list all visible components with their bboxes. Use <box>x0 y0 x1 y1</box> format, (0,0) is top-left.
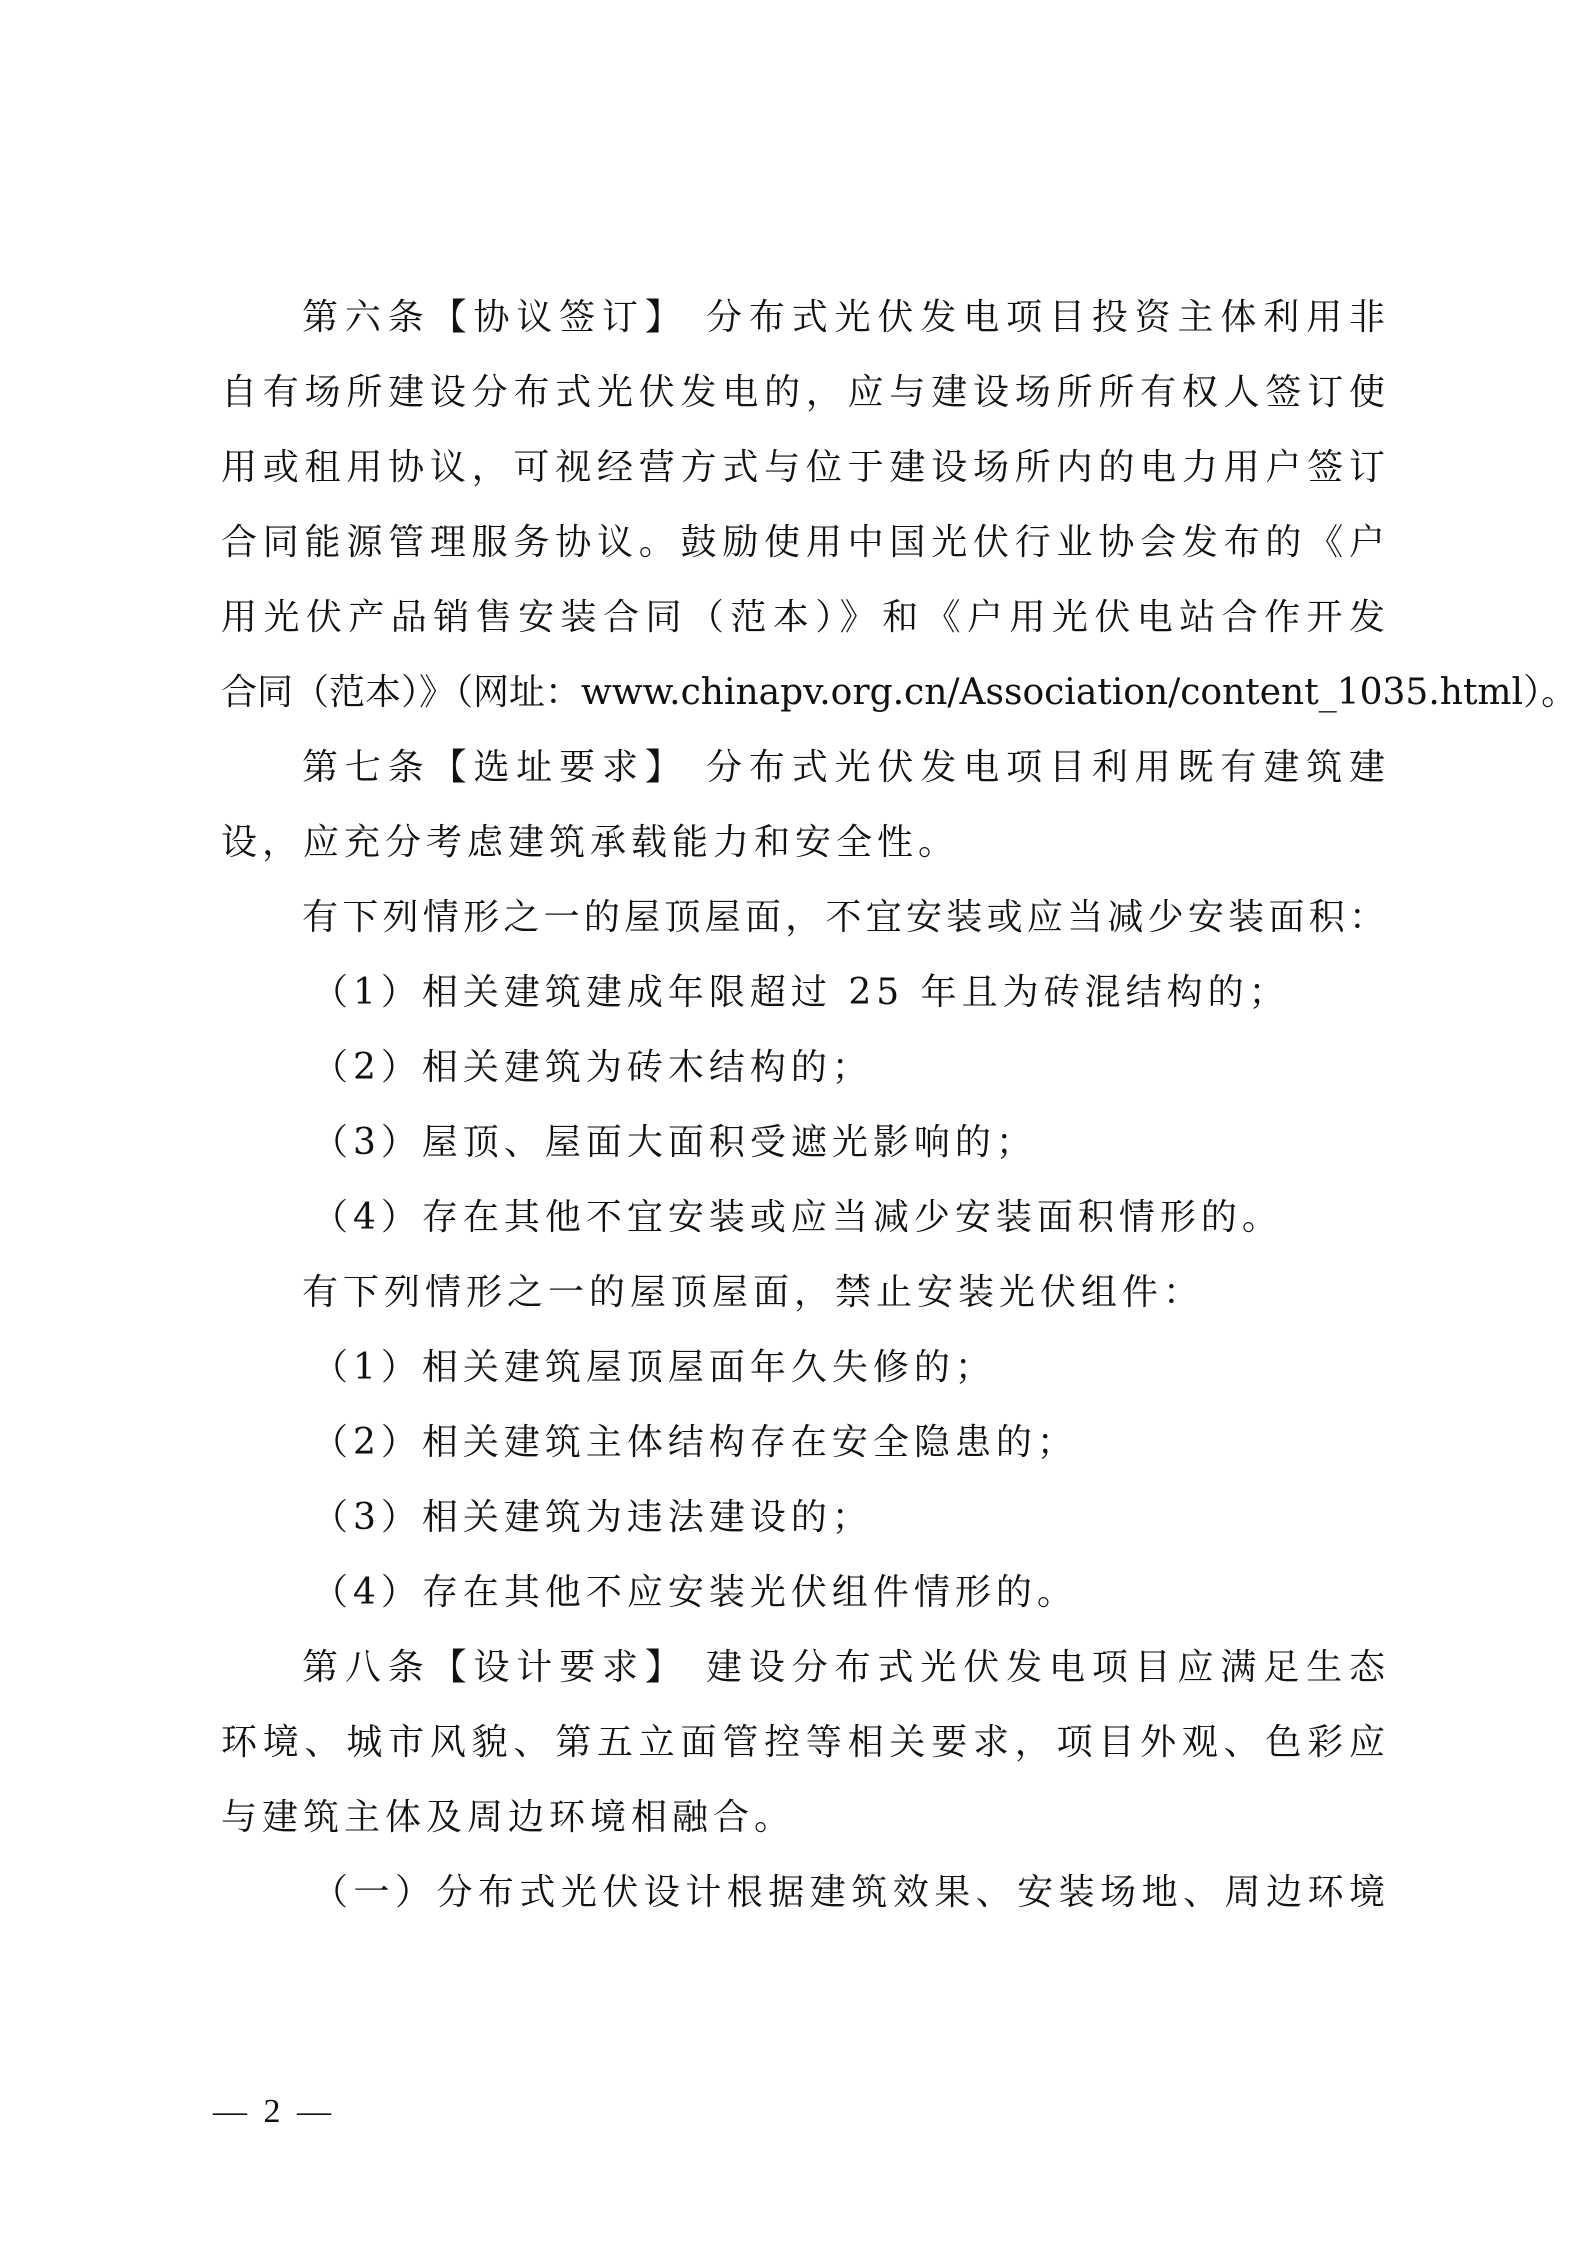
article-8-line-1: 第八条【设计要求】 建设分布式光伏发电项目应满足生态 <box>302 1638 1385 1698</box>
not-recommended-item-2: （2）相关建筑为砖木结构的； <box>312 1038 873 1098</box>
document-page: 第六条【协议签订】 分布式光伏发电项目投资主体利用非 自有场所建设分布式光伏发电… <box>0 0 1587 2245</box>
not-recommended-item-4: （4）存在其他不宜安装或应当减少安装面积情形的。 <box>312 1188 1283 1248</box>
article-7-line-2: 设，应充分考虑建筑承载能力和安全性。 <box>221 813 959 873</box>
article-8-line-2: 环境、城市风貌、第五立面管控等相关要求，项目外观、色彩应 <box>221 1713 1385 1773</box>
article-6-line-6-url: 合同（范本）》（网址：www.chinapv.org.cn/Associatio… <box>221 663 1385 723</box>
article-6-line-1: 第六条【协议签订】 分布式光伏发电项目投资主体利用非 <box>302 288 1385 348</box>
prohibited-item-3: （3）相关建筑为违法建设的； <box>312 1488 873 1548</box>
prohibited-item-2: （2）相关建筑主体结构存在安全隐患的； <box>312 1413 1078 1473</box>
article-6-line-5: 用光伏产品销售安装合同（范本）》和《户用光伏电站合作开发 <box>221 588 1385 648</box>
article-6-line-2: 自有场所建设分布式光伏发电的，应与建设场所所有权人签订使 <box>221 363 1385 423</box>
article-7-line-1: 第七条【选址要求】 分布式光伏发电项目利用既有建筑建 <box>302 738 1385 798</box>
prohibited-intro: 有下列情形之一的屋顶屋面，禁止安装光伏组件： <box>302 1263 1204 1323</box>
prohibited-item-1: （1）相关建筑屋顶屋面年久失修的； <box>312 1338 996 1398</box>
prohibited-item-4: （4）存在其他不应安装光伏组件情形的。 <box>312 1563 1078 1623</box>
article-6-line-3: 用或租用协议，可视经营方式与位于建设场所内的电力用户签订 <box>221 438 1385 498</box>
not-recommended-intro: 有下列情形之一的屋顶屋面，不宜安装或应当减少安装面积： <box>302 888 1385 948</box>
article-8-line-3: 与建筑主体及周边环境相融合。 <box>221 1788 795 1848</box>
article-6-line-4: 合同能源管理服务协议。鼓励使用中国光伏行业协会发布的《户 <box>221 513 1385 573</box>
page-number: — 2 — <box>213 2092 335 2132</box>
article-8-subsection-1: （一）分布式光伏设计根据建筑效果、安装场地、周边环境 <box>312 1863 1385 1923</box>
not-recommended-item-1: （1）相关建筑建成年限超过 25 年且为砖混结构的； <box>312 963 1290 1023</box>
not-recommended-item-3: （3）屋顶、屋面大面积受遮光影响的； <box>312 1113 1037 1173</box>
